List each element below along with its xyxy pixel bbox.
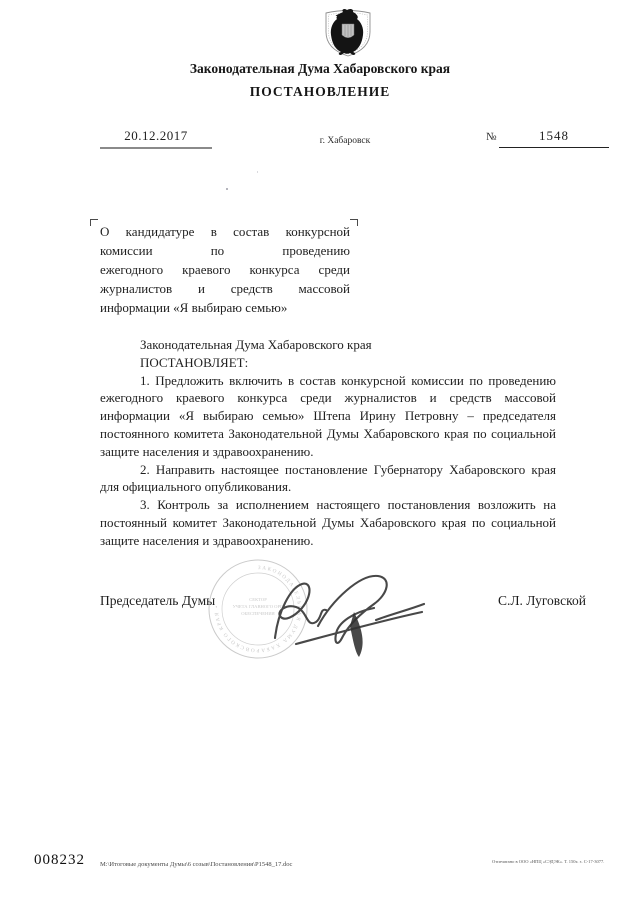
subject-line: информации «Я выбираю семью» <box>100 298 350 317</box>
registration-number: 008232 <box>34 852 85 869</box>
number-sign-label: № <box>486 131 497 143</box>
subject-block: О кандидатуре в состав конкурсной комисс… <box>100 222 350 317</box>
file-path-note: М:\Итоговые документы Думы\6 созыв\Поста… <box>100 860 292 868</box>
scan-noise-dot <box>257 171 258 173</box>
paragraph-1: 1. Предложить включить в состав конкурсн… <box>100 372 556 461</box>
subject-line: О кандидатуре в состав конкурсной <box>100 222 350 241</box>
doc-type-title: ПОСТАНОВЛЕНИЕ <box>0 84 640 100</box>
paragraph-3: 3. Контроль за исполнением настоящего по… <box>100 496 556 549</box>
date-field: 20.12.2017 <box>100 128 212 149</box>
body-text: Законодательная Дума Хабаровского края П… <box>100 336 556 550</box>
intro-line: Законодательная Дума Хабаровского края <box>100 336 556 354</box>
printer-note: Отпечатано в ООО «НПЦ «СЭДЭК». Т. 150э. … <box>492 859 604 864</box>
org-name: Законодательная Дума Хабаровского края <box>0 61 640 77</box>
paragraph-2: 2. Направить настоящее постановление Губ… <box>100 461 556 497</box>
scan-noise-dot <box>226 188 228 190</box>
subject-line: журналистов и средств массовой <box>100 279 350 298</box>
resolves-label: ПОСТАНОВЛЯЕТ: <box>100 354 556 372</box>
coat-of-arms-icon <box>323 6 373 58</box>
crop-mark-top-right <box>350 219 358 226</box>
signer-title: Председатель Думы <box>100 593 215 609</box>
signer-name: С.Л. Луговской <box>498 593 586 609</box>
crop-mark-top-left <box>90 219 98 226</box>
place-label: г. Хабаровск <box>290 136 400 146</box>
handwritten-signature <box>256 560 434 664</box>
subject-line: комиссии по проведению <box>100 241 350 260</box>
document-number-field: 1548 <box>499 128 609 148</box>
subject-line: ежегодного краевого конкурса среди <box>100 260 350 279</box>
document-page: { "page": { "org_name": "Законодательная… <box>0 0 640 905</box>
